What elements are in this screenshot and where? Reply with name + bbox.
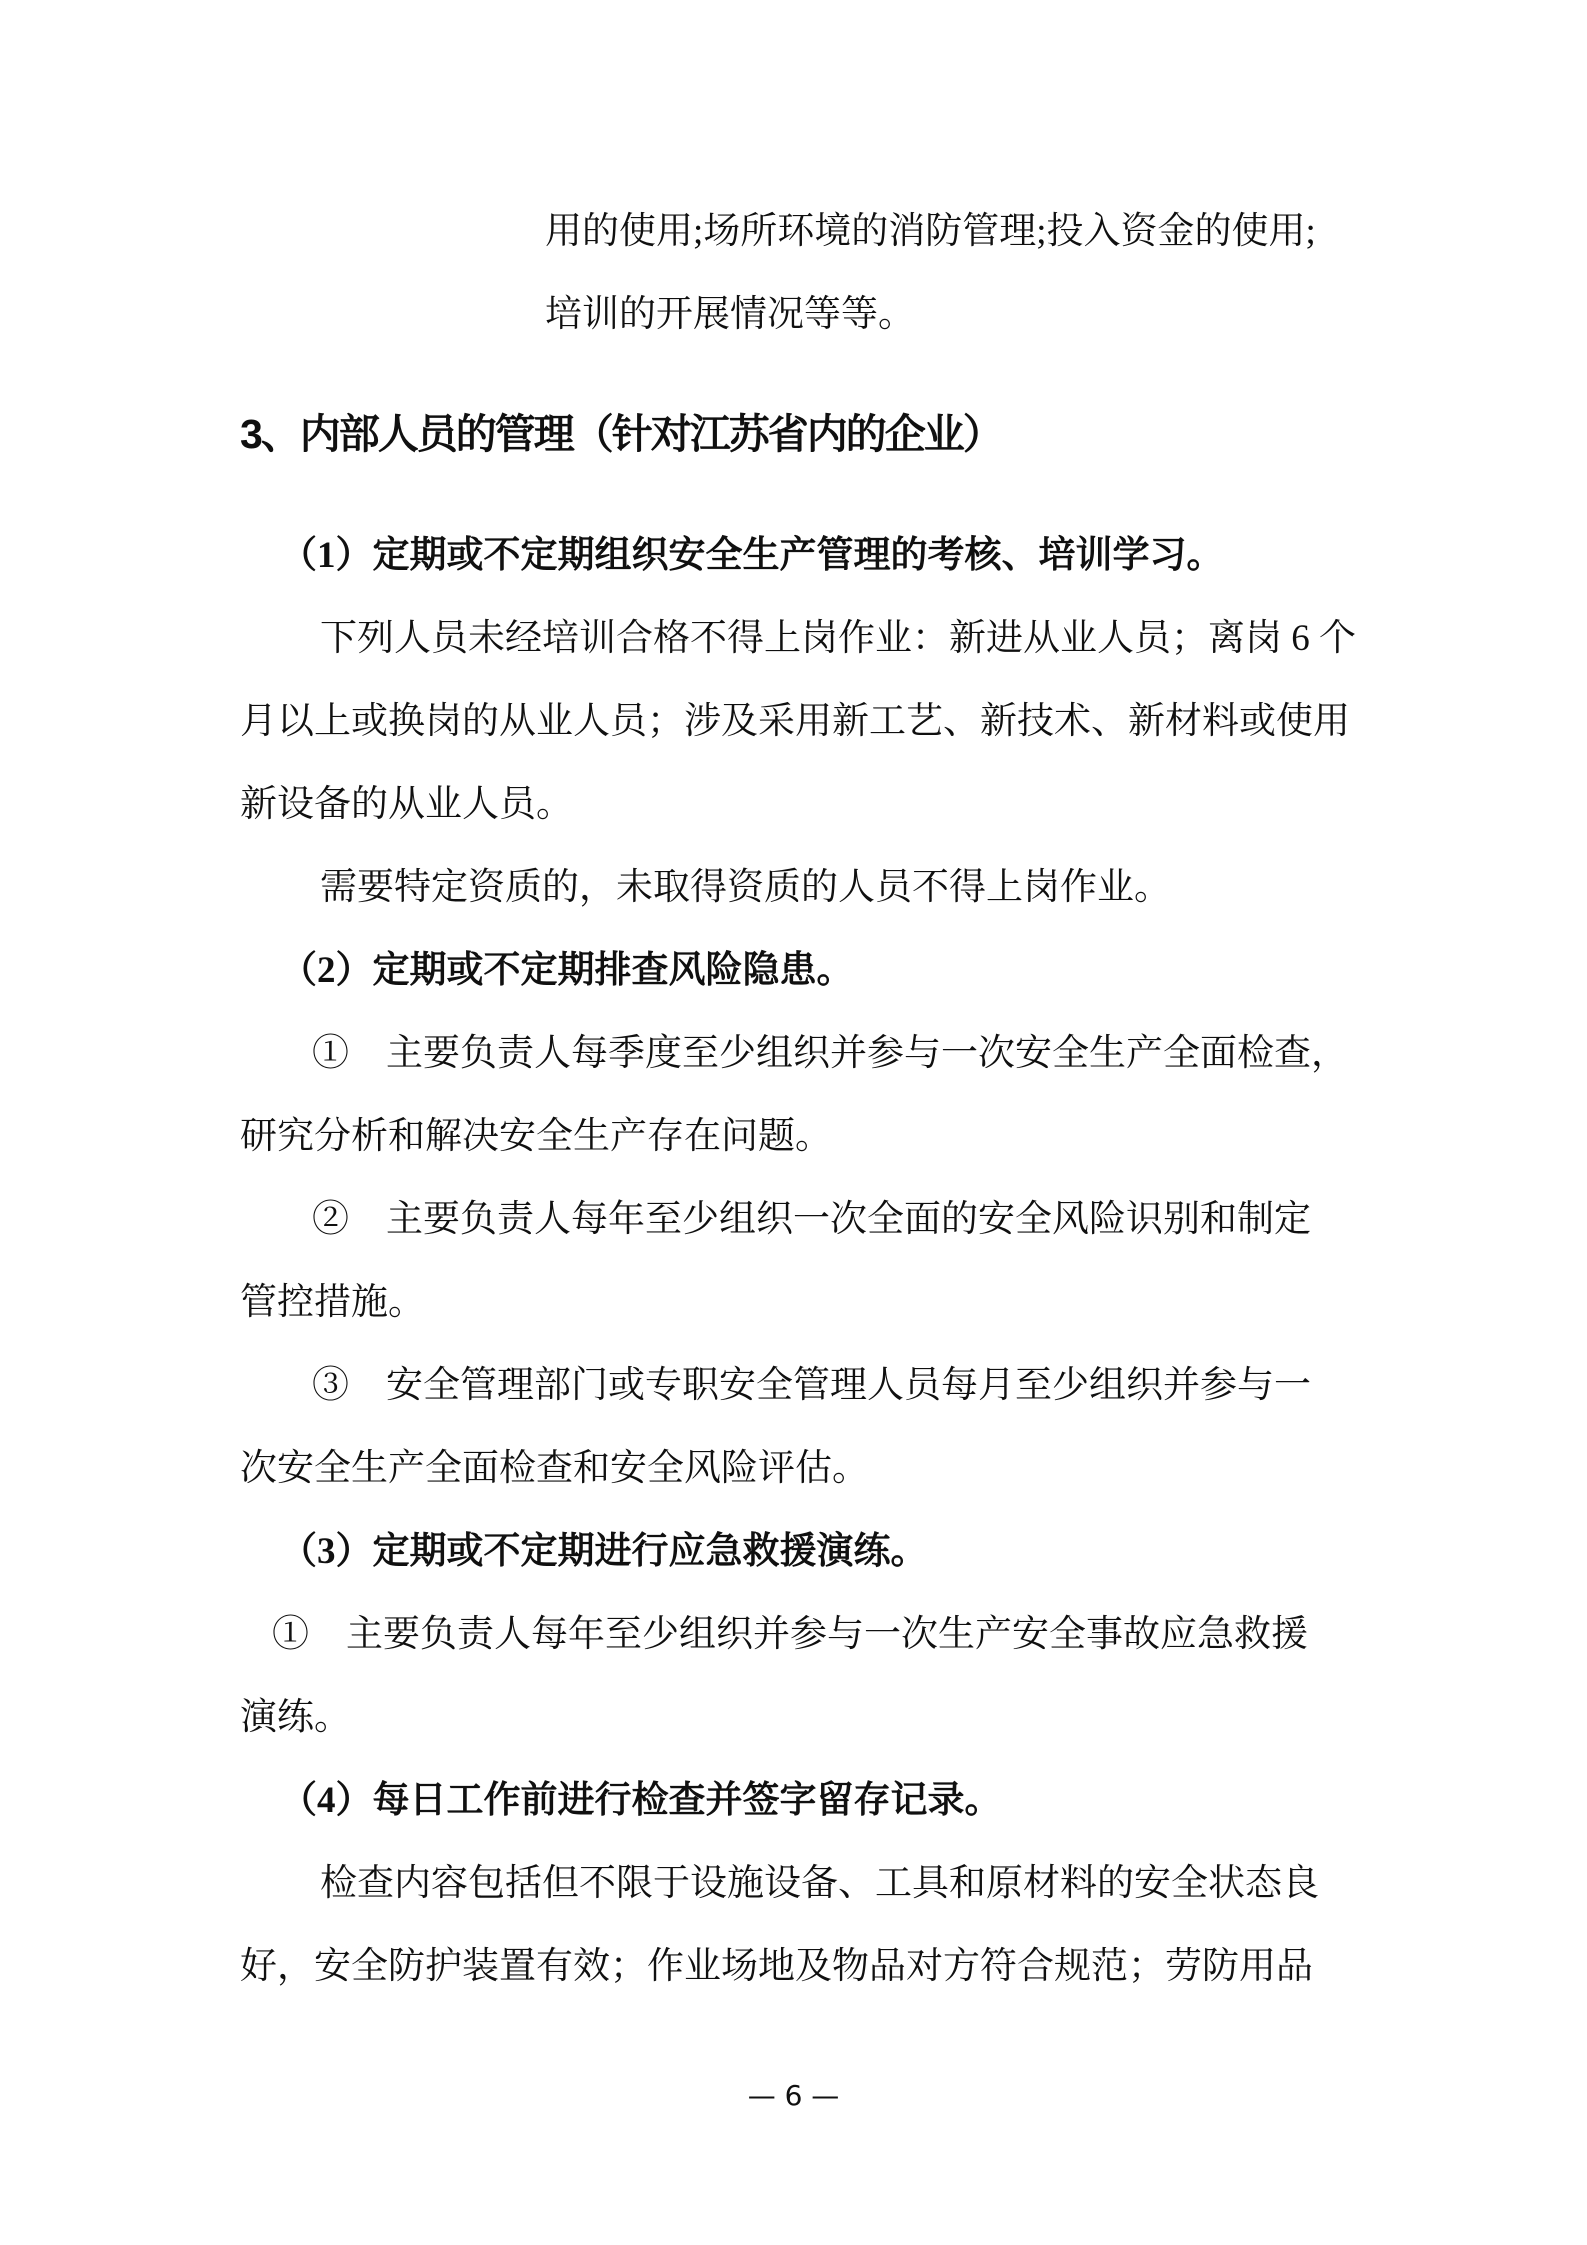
subsection-heading: （4）每日工作前进行检查并签字留存记录。 [240, 1759, 1355, 1842]
subsection-heading: （2）定期或不定期排查风险隐患。 [240, 929, 1355, 1012]
body-text-line: 好，安全防护装置有效；作业场地及物品对方符合规范；劳防用品 [240, 1925, 1355, 2008]
body-text-line: 演练。 [240, 1676, 1355, 1759]
section-heading: 3、内部人员的管理（针对江苏省内的企业） [240, 393, 1355, 476]
numbered-item-line: ① 主要负责人每季度至少组织并参与一次安全生产全面检查， [240, 1012, 1355, 1095]
body-text-line: 培训的开展情况等等。 [240, 273, 1355, 356]
body-text-line: 用的使用;场所环境的消防管理;投入资金的使用; [240, 190, 1355, 273]
body-text-line: 次安全生产全面检查和安全风险评估。 [240, 1427, 1355, 1510]
subsection-heading: （3）定期或不定期进行应急救援演练。 [240, 1510, 1355, 1593]
body-text-line: 需要特定资质的，未取得资质的人员不得上岗作业。 [240, 846, 1355, 929]
body-text-line: 研究分析和解决安全生产存在问题。 [240, 1095, 1355, 1178]
subsection-heading: （1）定期或不定期组织安全生产管理的考核、培训学习。 [240, 514, 1355, 597]
document-body: 用的使用;场所环境的消防管理;投入资金的使用; 培训的开展情况等等。 3、内部人… [240, 190, 1355, 2008]
body-text-line: 检查内容包括但不限于设施设备、工具和原材料的安全状态良 [240, 1842, 1355, 1925]
body-text-line: 新设备的从业人员。 [240, 763, 1355, 846]
body-text-line: 管控措施。 [240, 1261, 1355, 1344]
numbered-item-line: ① 主要负责人每年至少组织并参与一次生产安全事故应急救援 [240, 1593, 1355, 1676]
document-page: 用的使用;场所环境的消防管理;投入资金的使用; 培训的开展情况等等。 3、内部人… [0, 0, 1587, 2245]
body-text-line: 月以上或换岗的从业人员；涉及采用新工艺、新技术、新材料或使用 [240, 680, 1355, 763]
numbered-item-line: ② 主要负责人每年至少组织一次全面的安全风险识别和制定 [240, 1178, 1355, 1261]
body-text-line: 下列人员未经培训合格不得上岗作业：新进从业人员；离岗 6 个 [240, 597, 1355, 680]
numbered-item-line: ③ 安全管理部门或专职安全管理人员每月至少组织并参与一 [240, 1344, 1355, 1427]
page-number: — 6 — [0, 2076, 1587, 2116]
